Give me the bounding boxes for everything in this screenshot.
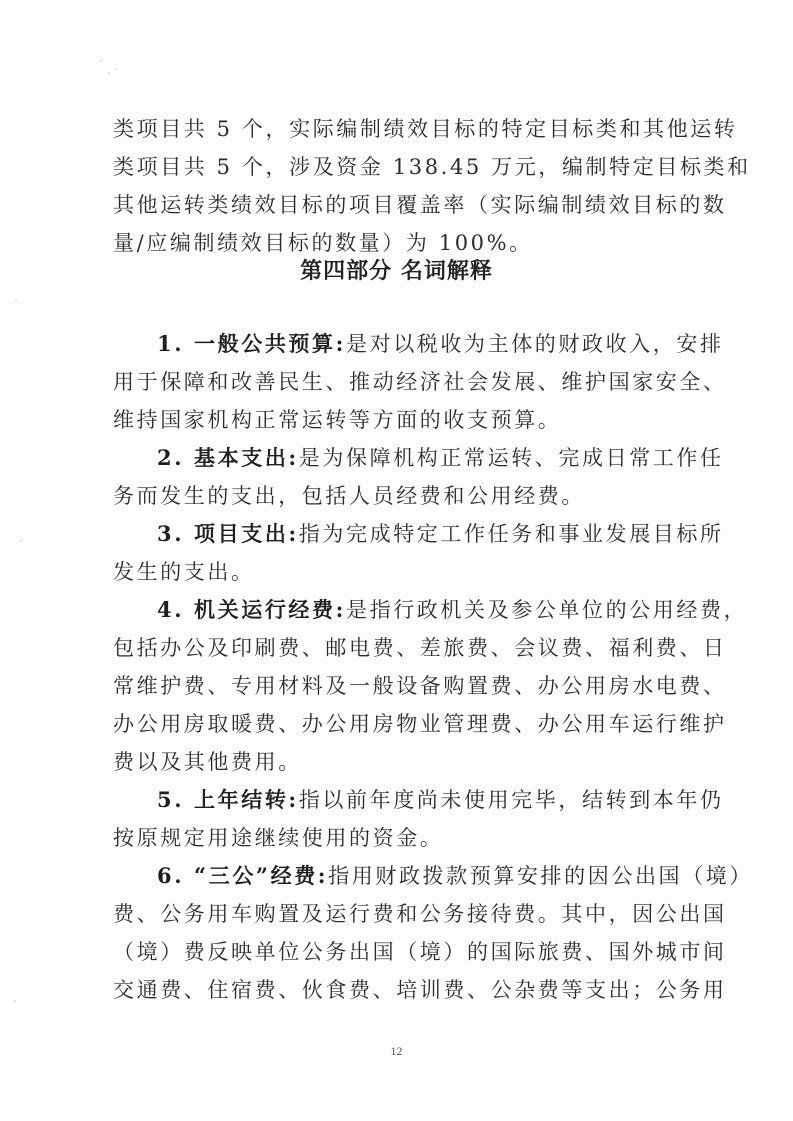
document-page: 类项目共 5 个，实际编制绩效目标的特定目标类和其他运转 类项目共 5 个，涉及… <box>0 0 793 1121</box>
definition-text: 是指行政机关及参公单位的公用经费， <box>346 598 747 622</box>
definition-text: 指为完成特定工作任务和事业发展目标所 <box>299 522 724 546</box>
paragraph-line: 类项目共 5 个，涉及资金 138.45 万元，编制特定目标类和 <box>113 152 698 182</box>
scan-artifact <box>20 540 22 542</box>
scan-artifact <box>15 300 17 302</box>
definition-line: 办公用房取暖费、办公用房物业管理费、办公用车运行维护 <box>113 709 698 739</box>
definition-line: 费、公务用车购置及运行费和公务接待费。其中，因公出国 <box>113 899 698 929</box>
definition-term: 3. 项目支出: <box>157 521 299 546</box>
definition-4-first-line: 4. 机关运行经费:是指行政机关及参公单位的公用经费， <box>157 595 698 625</box>
definition-term: 1. 一般公共预算: <box>157 331 346 356</box>
definition-line: 常维护费、专用材料及一般设备购置费、办公用房水电费、 <box>113 671 698 701</box>
definition-text: 指用财政拨款预算安排的因公出国（境） <box>328 864 753 888</box>
definition-line: 用于保障和改善民生、推动经济社会发展、维护国家安全、 <box>113 367 698 397</box>
definition-text: 指以前年度尚未使用完毕，结转到本年仍 <box>299 788 724 812</box>
definition-line: 费以及其他费用。 <box>113 747 698 777</box>
definition-line: 发生的支出。 <box>113 557 698 587</box>
definition-5-first-line: 5. 上年结转:指以前年度尚未使用完毕，结转到本年仍 <box>157 785 698 815</box>
definition-text: 是对以税收为主体的财政收入，安排 <box>346 332 724 356</box>
definition-line: 交通费、住宿费、伙食费、培训费、公杂费等支出；公务用 <box>113 975 698 1005</box>
definition-1-first-line: 1. 一般公共预算:是对以税收为主体的财政收入，安排 <box>157 329 698 359</box>
definition-line: 务而发生的支出，包括人员经费和公用经费。 <box>113 481 698 511</box>
scan-artifact <box>14 1000 16 1002</box>
definition-text: 是为保障机构正常运转、完成日常工作任 <box>299 446 724 470</box>
scan-artifact <box>100 60 102 62</box>
section-heading: 第四部分 名词解释 <box>0 254 793 285</box>
page-number: 12 <box>0 1044 793 1059</box>
paragraph-line: 其他运转类绩效目标的项目覆盖率（实际编制绩效目标的数 <box>113 190 698 220</box>
definition-line: 按原规定用途继续使用的资金。 <box>113 823 698 853</box>
paragraph-line: 类项目共 5 个，实际编制绩效目标的特定目标类和其他运转 <box>113 114 698 144</box>
definition-line: 包括办公及印刷费、邮电费、差旅费、会议费、福利费、日 <box>113 633 698 663</box>
definition-line: （境）费反映单位公务出国（境）的国际旅费、国外城市间 <box>113 937 698 967</box>
scan-artifact <box>108 72 110 74</box>
definition-term: 6. “三公”经费: <box>157 863 328 888</box>
definition-2-first-line: 2. 基本支出:是为保障机构正常运转、完成日常工作任 <box>157 443 698 473</box>
definition-line: 维持国家机构正常运转等方面的收支预算。 <box>113 405 698 435</box>
definition-3-first-line: 3. 项目支出:指为完成特定工作任务和事业发展目标所 <box>157 519 698 549</box>
scan-artifact <box>115 68 117 70</box>
definition-term: 4. 机关运行经费: <box>157 597 346 622</box>
definition-term: 2. 基本支出: <box>157 445 299 470</box>
definition-term: 5. 上年结转: <box>157 787 299 812</box>
definition-6-first-line: 6. “三公”经费:指用财政拨款预算安排的因公出国（境） <box>157 861 698 891</box>
